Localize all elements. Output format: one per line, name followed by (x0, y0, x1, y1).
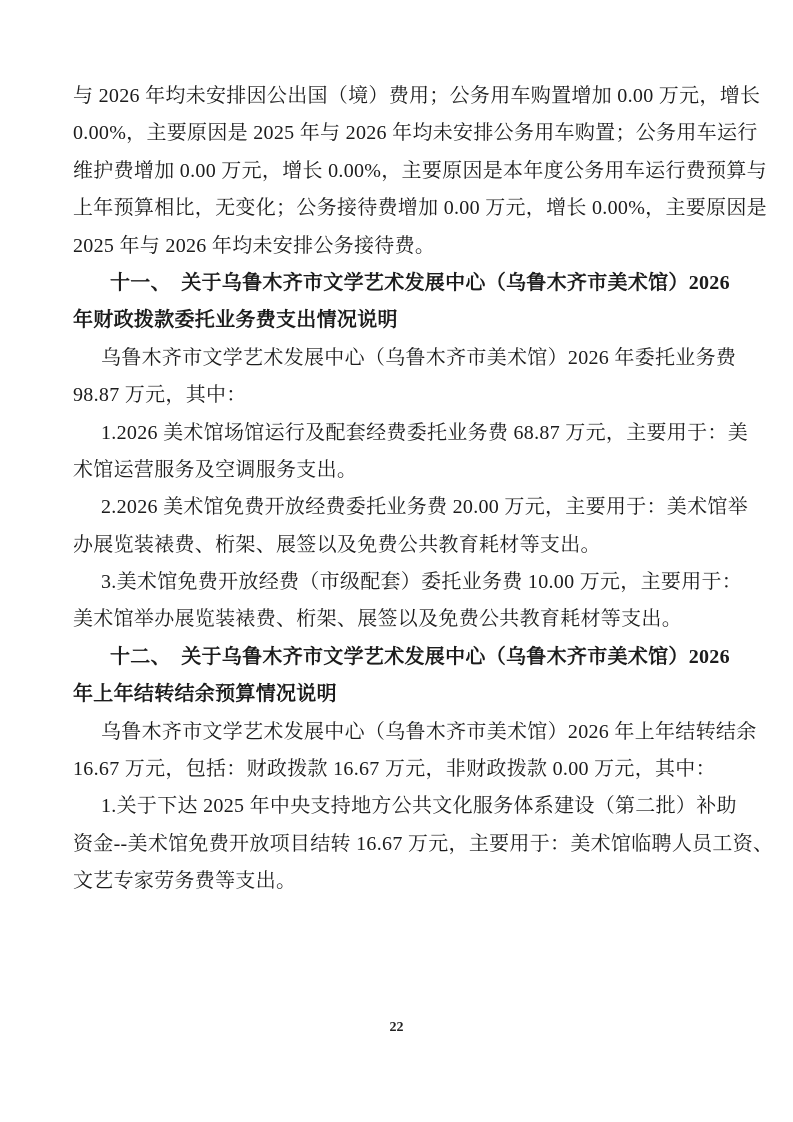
text-line: 98.87 万元，其中： (73, 377, 707, 414)
text-line: 资金--美术馆免费开放项目结转 16.67 万元，主要用于：美术馆临聘人员工资、 (73, 826, 707, 863)
text-line: 1.关于下达 2025 年中央支持地方公共文化服务体系建设（第二批）补助 (73, 788, 707, 825)
text-line: 1.2026 美术馆场馆运行及配套经费委托业务费 68.87 万元，主要用于：美 (73, 415, 707, 452)
section-heading-line: 年财政拨款委托业务费支出情况说明 (73, 302, 707, 339)
text-line: 美术馆举办展览装裱费、桁架、展签以及免费公共教育耗材等支出。 (73, 601, 707, 638)
section-heading-line: 年上年结转结余预算情况说明 (73, 676, 707, 713)
text-line: 与 2026 年均未安排因公出国（境）费用；公务用车购置增加 0.00 万元，增… (73, 78, 707, 115)
text-line: 0.00%，主要原因是 2025 年与 2026 年均未安排公务用车购置；公务用… (73, 115, 707, 152)
document-page: 与 2026 年均未安排因公出国（境）费用；公务用车购置增加 0.00 万元，增… (0, 0, 793, 1122)
text-content: 与 2026 年均未安排因公出国（境）费用；公务用车购置增加 0.00 万元，增… (73, 78, 707, 901)
section-heading-line: 十一、 关于乌鲁木齐市文学艺术发展中心（乌鲁木齐市美术馆）2026 (73, 265, 707, 302)
text-line: 文艺专家劳务费等支出。 (73, 863, 707, 900)
section-heading-line: 十二、 关于乌鲁木齐市文学艺术发展中心（乌鲁木齐市美术馆）2026 (73, 639, 707, 676)
text-line: 乌鲁木齐市文学艺术发展中心（乌鲁木齐市美术馆）2026 年委托业务费 (73, 340, 707, 377)
text-line: 办展览装裱费、桁架、展签以及免费公共教育耗材等支出。 (73, 527, 707, 564)
text-line: 维护费增加 0.00 万元，增长 0.00%，主要原因是本年度公务用车运行费预算… (73, 153, 707, 190)
text-line: 2025 年与 2026 年均未安排公务接待费。 (73, 228, 707, 265)
text-line: 16.67 万元，包括：财政拨款 16.67 万元，非财政拨款 0.00 万元，… (73, 751, 707, 788)
text-line: 2.2026 美术馆免费开放经费委托业务费 20.00 万元，主要用于：美术馆举 (73, 489, 707, 526)
text-line: 上年预算相比，无变化；公务接待费增加 0.00 万元，增长 0.00%，主要原因… (73, 190, 707, 227)
text-line: 3.美术馆免费开放经费（市级配套）委托业务费 10.00 万元，主要用于： (73, 564, 707, 601)
page-number: 22 (0, 1020, 793, 1036)
text-line: 乌鲁木齐市文学艺术发展中心（乌鲁木齐市美术馆）2026 年上年结转结余 (73, 714, 707, 751)
text-line: 术馆运营服务及空调服务支出。 (73, 452, 707, 489)
